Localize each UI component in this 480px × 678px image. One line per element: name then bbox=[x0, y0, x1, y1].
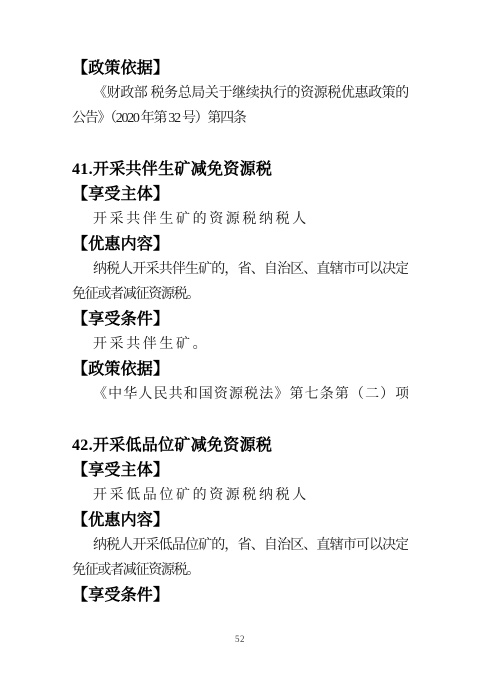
item-41-policy-basis-text: 《中华人民共和国资源税法》第七条第（二）项 bbox=[72, 382, 408, 407]
item-42-benefit-text-line-2: 免征或者减征资源税。 bbox=[72, 558, 408, 583]
item-42-benefit-text-line-1: 纳税人开采低品位矿的，省、自治区、直辖市可以决定 bbox=[72, 533, 408, 558]
item-41-subject-text: 开采共伴生矿的资源税纳税人 bbox=[72, 207, 408, 232]
item-41-policy-basis-heading: 【政策依据】 bbox=[72, 357, 408, 382]
item-42-subject-heading: 【享受主体】 bbox=[72, 458, 408, 483]
item-42-subject-text: 开采低品位矿的资源税纳税人 bbox=[72, 483, 408, 508]
page-number: 52 bbox=[0, 633, 480, 645]
intro-policy-basis-text-line-2: 公告》（2020 年第 32 号）第四条 bbox=[72, 106, 408, 131]
intro-policy-basis-heading: 【政策依据】 bbox=[72, 56, 408, 81]
item-41-benefit-text-line-2: 免征或者减征资源税。 bbox=[72, 282, 408, 307]
item-42-benefit-heading: 【优惠内容】 bbox=[72, 508, 408, 533]
item-41-condition-text: 开采共伴生矿。 bbox=[72, 332, 408, 357]
item-42-condition-heading: 【享受条件】 bbox=[72, 583, 408, 608]
intro-policy-basis-text-line-1: 《财政部 税务总局关于继续执行的资源税优惠政策的 bbox=[72, 81, 408, 106]
item-42-title: 42.开采低品位矿减免资源税 bbox=[72, 433, 408, 458]
item-41-benefit-text-line-1: 纳税人开采共伴生矿的，省、自治区、直辖市可以决定 bbox=[72, 257, 408, 282]
document-page: 【政策依据】 《财政部 税务总局关于继续执行的资源税优惠政策的 公告》（2020… bbox=[0, 0, 480, 678]
item-41-benefit-heading: 【优惠内容】 bbox=[72, 232, 408, 257]
item-41-subject-heading: 【享受主体】 bbox=[72, 182, 408, 207]
item-41-title: 41.开采共伴生矿减免资源税 bbox=[72, 157, 408, 182]
item-41-condition-heading: 【享受条件】 bbox=[72, 307, 408, 332]
